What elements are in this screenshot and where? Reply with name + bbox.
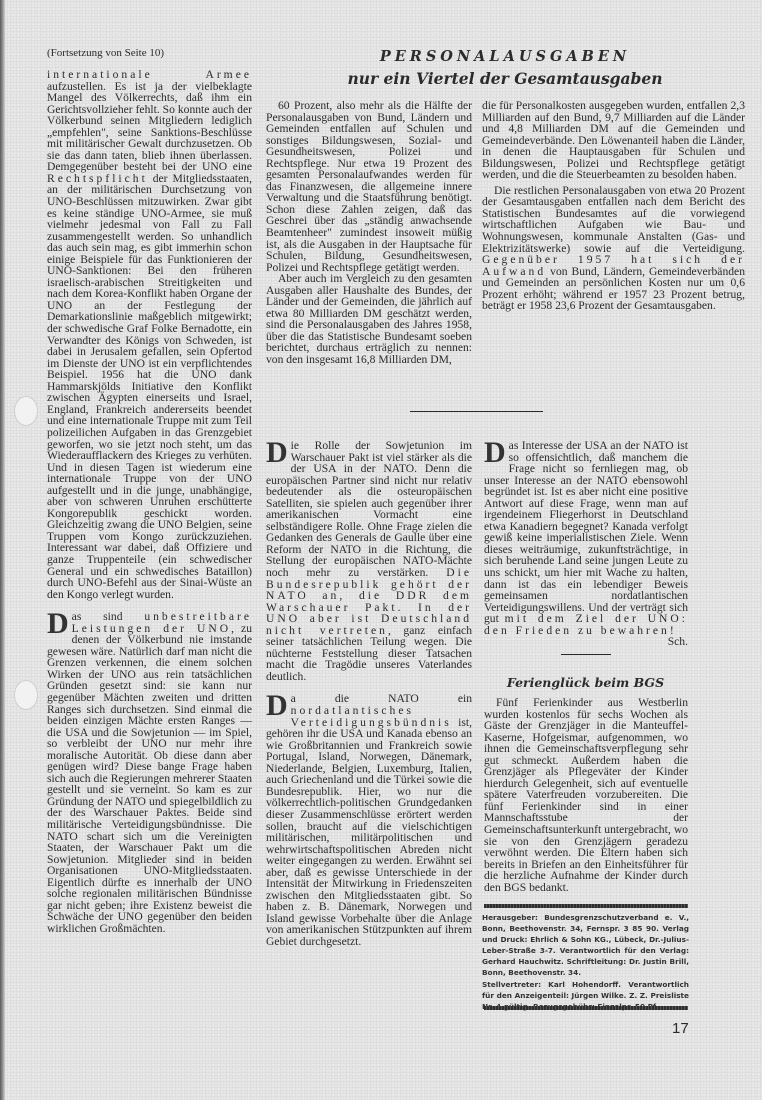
middle-lower-column: Die Rolle der Sowjetunion im Warschauer …	[266, 440, 472, 948]
warsaw-paragraph: Die Rolle der Sowjetunion im Warschauer …	[266, 440, 472, 682]
short-divider	[561, 654, 611, 655]
personal-paragraph-4: Die restlichen Personalausgaben von etwa…	[482, 185, 745, 312]
box-article-title: Ferienglück beim BGS	[482, 675, 689, 690]
article-subtitle: nur ein Viertel der Gesamtausgaben	[260, 69, 750, 88]
section-divider	[410, 411, 543, 412]
personal-column-1: 60 Prozent, also mehr als die Hälfte der…	[266, 100, 472, 366]
page-edge	[0, 0, 5, 1100]
right-lower-column: Das Interesse der USA an der NATO ist so…	[484, 440, 688, 648]
drop-cap: D	[266, 694, 288, 718]
imprint-bottom-bar	[484, 1006, 688, 1010]
article-title: PERSONALAUSGABEN	[260, 48, 750, 65]
usa-interest-paragraph: Das Interesse der USA an der NATO ist so…	[484, 440, 688, 636]
left-paragraph-2: Das sind unbestreitbare Leistungen der U…	[47, 611, 252, 934]
punch-hole-top	[14, 396, 38, 426]
author-signature: Sch.	[668, 636, 688, 648]
imprint: Herausgeber: Bundesgrenzschutzverband e.…	[482, 912, 689, 1012]
drop-cap: D	[266, 441, 288, 465]
left-paragraph-1: internationale Armee aufzustellen. Es is…	[47, 69, 252, 600]
imprint-top-bar	[484, 904, 688, 908]
personal-paragraph-3: die für Personalkosten ausgegeben wurden…	[482, 100, 745, 181]
page-number: 17	[672, 1020, 689, 1037]
personal-column-2: die für Personalkosten ausgegeben wurden…	[482, 100, 745, 312]
punch-hole-bottom	[14, 680, 38, 710]
magazine-page: (Fortsetzung von Seite 10) international…	[0, 0, 762, 1100]
personal-paragraph-1: 60 Prozent, also mehr als die Hälfte der…	[266, 100, 472, 273]
left-column: internationale Armee aufzustellen. Es is…	[47, 69, 252, 934]
drop-cap: D	[484, 441, 506, 465]
drop-cap: D	[47, 612, 69, 636]
nato-paragraph: Da die NATO ein nordatlantisches Verteid…	[266, 693, 472, 947]
personal-paragraph-2: Aber auch im Vergleich zu den gesamten A…	[266, 273, 472, 365]
box-article-body: Fünf Ferienkinder aus Westberlin wurden …	[484, 697, 688, 893]
continuation-note: (Fortsetzung von Seite 10)	[47, 47, 164, 59]
